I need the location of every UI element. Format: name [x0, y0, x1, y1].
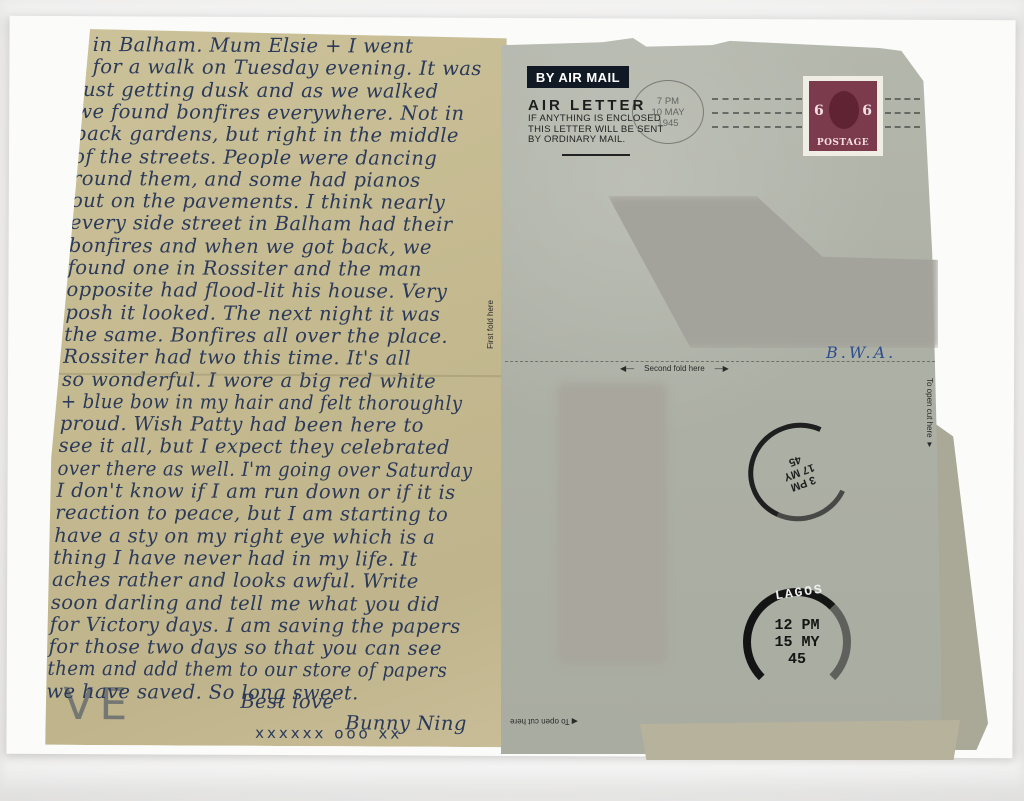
postmark-year: 1945	[633, 118, 703, 129]
postmark-date: 15 MY	[774, 634, 819, 651]
by-air-mail-badge: BY AIR MAIL	[527, 66, 629, 88]
postmark-date: 10 MAY	[633, 107, 703, 118]
handwritten-line: have a sty on my right eye which is a	[54, 523, 435, 548]
handwritten-line: see it all, but I expect they celebrated	[59, 434, 450, 459]
open-cut-label-right: To open cut here ▼	[925, 378, 934, 449]
handwritten-line: round them, and some had pianos	[72, 167, 421, 192]
handwritten-line: reaction to peace, but I am starting to	[55, 501, 448, 526]
handwritten-line: Rossiter had two this time. It's all	[63, 345, 411, 370]
handwritten-line: just getting dusk and as we walked	[77, 78, 439, 103]
printed-rule	[562, 154, 630, 156]
wavy-cancel-line	[712, 126, 802, 130]
stamp-king-george-vi: 6 6 POSTAGE	[809, 81, 877, 151]
wavy-cancel-line	[712, 112, 802, 116]
first-fold-label: First fold here	[486, 300, 495, 349]
handwritten-line: for those two days so that you can see	[49, 635, 442, 660]
handwritten-line: posh it looked. The next night it was	[65, 300, 440, 325]
postage-stamp: 6 6 POSTAGE	[803, 76, 883, 156]
wavy-cancel-line	[712, 98, 802, 102]
handwritten-line: bonfires and when we got back, we	[69, 234, 432, 259]
second-fold-label: ◀— Second fold here —▶	[620, 364, 729, 373]
postmark-lagos: LAGOS 12 PM 15 MY 45	[743, 588, 851, 696]
ve-kisses-mark: VE	[63, 679, 133, 730]
arrow-left-icon: ◀—	[620, 364, 634, 373]
postmark-time: 7 PM	[633, 96, 703, 107]
cloth-background-bottom	[0, 760, 1024, 801]
redacted-sender-region	[557, 383, 667, 665]
handwritten-line: thing I have never had in my life. It	[53, 546, 418, 571]
handwritten-line: back gardens, but right in the middle	[74, 122, 459, 147]
stamp-label: POSTAGE	[809, 138, 877, 148]
postmark-london: 7 PM 10 MAY 1945	[632, 80, 704, 144]
handwritten-line: for Victory days. I am saving the papers	[50, 613, 461, 638]
postmark-time: 12 PM	[774, 617, 819, 634]
open-cut-text: To open cut here	[510, 717, 570, 726]
stamp-value-right: 6	[862, 103, 872, 119]
handwritten-line: + blue bow in my hair and felt thoroughl…	[61, 390, 463, 415]
arrow-right-icon: —▶	[715, 364, 729, 373]
address-note-bwa: B.W.A.	[826, 343, 896, 362]
handwritten-line: the same. Bonfires all over the place.	[64, 323, 448, 348]
wavy-cancel-line	[885, 126, 920, 130]
wavy-cancel-line	[885, 112, 920, 116]
letter-closing: Best love	[240, 690, 334, 713]
open-cut-label-bottom: ◀ To open cut here	[510, 717, 578, 726]
handwritten-line: so wonderful. I wore a big red white	[62, 367, 436, 392]
handwritten-line: every side street in Balham had their	[70, 211, 453, 236]
handwritten-line: for a walk on Tuesday evening. It was	[93, 55, 482, 80]
handwritten-line: proud. Wish Patty had been here to	[60, 412, 424, 437]
handwritten-line: found one in Rossiter and the man	[68, 256, 422, 281]
open-cut-text: To open cut here	[925, 378, 934, 438]
handwritten-line: of the streets. People were dancing	[73, 144, 437, 169]
handwritten-line: soon darling and tell me what you did	[51, 590, 440, 615]
handwritten-line: I don't know if I am run down or if it i…	[56, 479, 455, 504]
wavy-cancel-line	[885, 98, 920, 102]
air-letter-title: AIR LETTER	[528, 97, 646, 114]
handwritten-letter-page: in Balham. Mum Elsie + I wentfor a walk …	[45, 29, 507, 747]
stamp-value-left: 6	[814, 103, 824, 119]
handwritten-line: aches rather and looks awful. Write	[52, 568, 419, 593]
second-fold-line	[505, 361, 935, 362]
handwritten-line: over there as well. I'm going over Satur…	[58, 457, 473, 482]
envelope-bottom-flap	[640, 720, 960, 760]
postmark-year: 45	[788, 651, 806, 668]
handwritten-line: we found bonfires everywhere. Not in	[75, 100, 464, 125]
king-portrait-icon	[829, 91, 859, 129]
handwritten-line: out on the pavements. I think nearly	[71, 189, 445, 214]
handwritten-line: opposite had flood-lit his house. Very	[66, 278, 447, 303]
handwritten-line: in Balham. Mum Elsie + I went	[93, 33, 414, 58]
kisses-line: xxxxxx ooo xx	[255, 724, 402, 743]
second-fold-text: Second fold here	[644, 364, 705, 373]
